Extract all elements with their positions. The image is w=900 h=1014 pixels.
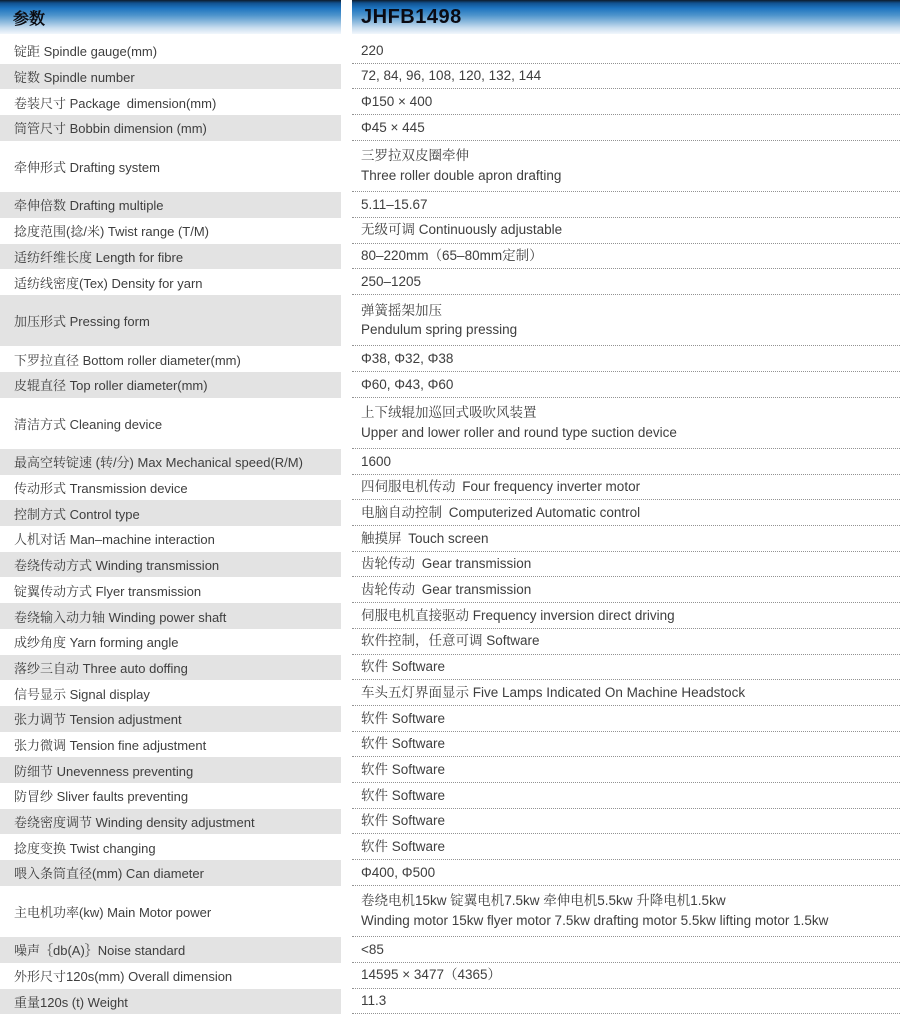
value-line-1: 卷绕电机15kw 锭翼电机7.5kw 牵伸电机5.5kw 升降电机1.5kw [361,891,896,911]
column-gap [341,732,352,758]
table-row: 最高空转锭速 (转/分) Max Mechanical speed(R/M) 1… [0,449,900,475]
column-gap [341,115,352,141]
value-line-1: 三罗拉双皮圈牵伸 [361,146,896,166]
table-row: 防冒纱 Sliver faults preventing 软件 Software [0,783,900,809]
value-line-1: 四伺服电机传动 Four frequency inverter motor [361,477,896,497]
param-label: 传动形式 Transmission device [0,475,341,501]
column-gap [341,757,352,783]
value-line-2: Three roller double apron drafting [361,166,896,186]
param-label: 防冒纱 Sliver faults preventing [0,783,341,809]
param-value: 250–1205 [352,269,900,295]
param-label: 锭数 Spindle number [0,64,341,90]
table-body: 锭距 Spindle gauge(mm) 220 锭数 Spindle numb… [0,38,900,1014]
param-label: 适纺纤维长度 Length for fibre [0,244,341,270]
column-gap [341,64,352,90]
value-line-1: 无级可调 Continuously adjustable [361,220,896,240]
table-row: 人机对话 Man–machine interaction 触摸屏 Touch s… [0,526,900,552]
param-label: 外形尺寸120s(mm) Overall dimension [0,963,341,989]
param-label: 锭翼传动方式 Flyer transmission [0,577,341,603]
param-label: 信号显示 Signal display [0,680,341,706]
value-line-1: 软件 Software [361,657,896,677]
param-label: 牵伸倍数 Drafting multiple [0,192,341,218]
param-value: 72, 84, 96, 108, 120, 132, 144 [352,64,900,90]
param-value: Φ60, Φ43, Φ60 [352,372,900,398]
param-label: 人机对话 Man–machine interaction [0,526,341,552]
table-row: 锭距 Spindle gauge(mm) 220 [0,38,900,64]
param-label: 重量120s (t) Weight [0,989,341,1014]
param-label: 捻度范围(捻/米) Twist range (T/M) [0,218,341,244]
value-line-1: 1600 [361,452,896,472]
param-value: 1600 [352,449,900,475]
table-row: 牵伸形式 Drafting system 三罗拉双皮圈牵伸 Three roll… [0,141,900,192]
param-header-label: 参数 [13,6,45,29]
column-gap [341,526,352,552]
table-row: 适纺线密度(Tex) Density for yarn 250–1205 [0,269,900,295]
column-gap [341,963,352,989]
param-value: 上下绒辊加巡回式吸吹风装置 Upper and lower roller and… [352,398,900,449]
column-gap [341,629,352,655]
param-value: 软件 Software [352,732,900,758]
value-line-2: Winding motor 15kw flyer motor 7.5kw dra… [361,911,896,931]
value-line-1: Φ60, Φ43, Φ60 [361,375,896,395]
param-value: 伺服电机直接驱动 Frequency inversion direct driv… [352,603,900,629]
value-line-1: 软件 Software [361,786,896,806]
param-label: 筒管尺寸 Bobbin dimension (mm) [0,115,341,141]
param-value: 软件 Software [352,757,900,783]
param-value: 卷绕电机15kw 锭翼电机7.5kw 牵伸电机5.5kw 升降电机1.5kw W… [352,886,900,937]
value-line-1: 220 [361,41,896,61]
table-row: 捻度变换 Twist changing 软件 Software [0,834,900,860]
value-line-1: 上下绒辊加巡回式吸吹风装置 [361,403,896,423]
param-value: 软件控制，任意可调 Software [352,629,900,655]
column-gap [341,269,352,295]
column-gap [341,244,352,270]
table-row: 卷绕传动方式 Winding transmission 齿轮传动 Gear tr… [0,552,900,578]
param-label: 锭距 Spindle gauge(mm) [0,38,341,64]
value-line-1: 软件 Software [361,811,896,831]
param-value: 软件 Software [352,655,900,681]
param-label: 主电机功率(kw) Main Motor power [0,886,341,937]
param-label: 卷装尺寸 Package dimension(mm) [0,89,341,115]
table-row: 成纱角度 Yarn forming angle 软件控制，任意可调 Softwa… [0,629,900,655]
value-line-1: 14595 × 3477（4365） [361,965,896,985]
value-line-1: 软件 Software [361,760,896,780]
table-row: 张力微调 Tension fine adjustment 软件 Software [0,732,900,758]
param-label: 控制方式 Control type [0,500,341,526]
table-row: 筒管尺寸 Bobbin dimension (mm) Φ45 × 445 [0,115,900,141]
column-gap [341,860,352,886]
model-header-label: JHFB1498 [361,6,462,29]
column-gap [341,295,352,346]
param-label: 下罗拉直径 Bottom roller diameter(mm) [0,346,341,372]
column-gap [341,783,352,809]
spec-table: 参数 JHFB1498 锭距 Spindle gauge(mm) 220 锭数 … [0,0,900,1014]
value-line-1: Φ150 × 400 [361,92,896,112]
param-value: <85 [352,937,900,963]
param-value: 5.11–15.67 [352,192,900,218]
param-value: Φ400, Φ500 [352,860,900,886]
param-value: 齿轮传动 Gear transmission [352,577,900,603]
value-line-1: 80–220mm（65–80mm定制） [361,246,896,266]
table-row: 卷绕密度调节 Winding density adjustment 软件 Sof… [0,809,900,835]
param-label: 牵伸形式 Drafting system [0,141,341,192]
column-gap [341,372,352,398]
column-gap [341,706,352,732]
value-line-1: 齿轮传动 Gear transmission [361,580,896,600]
param-label: 皮辊直径 Top roller diameter(mm) [0,372,341,398]
param-value: 14595 × 3477（4365） [352,963,900,989]
column-gap [341,552,352,578]
param-value: 齿轮传动 Gear transmission [352,552,900,578]
value-line-1: Φ400, Φ500 [361,863,896,883]
param-label: 张力调节 Tension adjustment [0,706,341,732]
value-line-1: 电脑自动控制 Computerized Automatic control [361,503,896,523]
table-row: 信号显示 Signal display 车头五灯界面显示 Five Lamps … [0,680,900,706]
table-row: 捻度范围(捻/米) Twist range (T/M) 无级可调 Continu… [0,218,900,244]
param-value: 三罗拉双皮圈牵伸 Three roller double apron draft… [352,141,900,192]
param-label: 卷绕输入动力轴 Winding power shaft [0,603,341,629]
column-gap [341,38,352,64]
param-label: 噪声｛db(A)｝Noise standard [0,937,341,963]
value-line-1: Φ45 × 445 [361,118,896,138]
value-line-2: Upper and lower roller and round type su… [361,423,896,443]
table-row: 外形尺寸120s(mm) Overall dimension 14595 × 3… [0,963,900,989]
table-row: 卷绕输入动力轴 Winding power shaft 伺服电机直接驱动 Fre… [0,603,900,629]
column-gap [341,89,352,115]
value-line-1: 250–1205 [361,272,896,292]
column-gap [341,346,352,372]
param-value: 220 [352,38,900,64]
value-line-1: 11.3 [361,991,896,1011]
param-value: 车头五灯界面显示 Five Lamps Indicated On Machine… [352,680,900,706]
column-gap [341,680,352,706]
table-row: 落纱三自动 Three auto doffing 软件 Software [0,655,900,681]
column-gap [341,655,352,681]
value-line-1: 软件 Software [361,709,896,729]
value-line-1: 软件 Software [361,837,896,857]
table-row: 张力调节 Tension adjustment 软件 Software [0,706,900,732]
table-row: 清洁方式 Cleaning device 上下绒辊加巡回式吸吹风装置 Upper… [0,398,900,449]
value-line-1: 弹簧摇架加压 [361,301,896,321]
param-label: 落纱三自动 Three auto doffing [0,655,341,681]
table-row: 加压形式 Pressing form 弹簧摇架加压 Pendulum sprin… [0,295,900,346]
param-header-cell: 参数 [0,0,341,34]
param-label: 捻度变换 Twist changing [0,834,341,860]
param-value: 软件 Software [352,706,900,732]
param-label: 防细节 Unevenness preventing [0,757,341,783]
table-row: 锭数 Spindle number 72, 84, 96, 108, 120, … [0,64,900,90]
column-gap [341,398,352,449]
column-gap [341,989,352,1014]
param-label: 喂入条筒直径(mm) Can diameter [0,860,341,886]
param-value: 11.3 [352,989,900,1014]
table-row: 皮辊直径 Top roller diameter(mm) Φ60, Φ43, Φ… [0,372,900,398]
table-row: 喂入条筒直径(mm) Can diameter Φ400, Φ500 [0,860,900,886]
value-line-2: Pendulum spring pressing [361,320,896,340]
param-label: 卷绕传动方式 Winding transmission [0,552,341,578]
param-label: 张力微调 Tension fine adjustment [0,732,341,758]
table-row: 控制方式 Control type 电脑自动控制 Computerized Au… [0,500,900,526]
param-label: 清洁方式 Cleaning device [0,398,341,449]
param-value: Φ150 × 400 [352,89,900,115]
value-line-1: 触摸屏 Touch screen [361,529,896,549]
param-value: 软件 Software [352,783,900,809]
column-gap [341,218,352,244]
value-line-1: 软件控制，任意可调 Software [361,631,896,651]
table-row: 牵伸倍数 Drafting multiple 5.11–15.67 [0,192,900,218]
column-gap [341,192,352,218]
param-value: 触摸屏 Touch screen [352,526,900,552]
value-line-1: 5.11–15.67 [361,195,896,215]
param-label: 最高空转锭速 (转/分) Max Mechanical speed(R/M) [0,449,341,475]
param-value: 电脑自动控制 Computerized Automatic control [352,500,900,526]
table-row: 卷装尺寸 Package dimension(mm) Φ150 × 400 [0,89,900,115]
column-gap [341,475,352,501]
param-value: 软件 Software [352,809,900,835]
value-line-1: 72, 84, 96, 108, 120, 132, 144 [361,66,896,86]
column-gap [341,937,352,963]
table-row: 重量120s (t) Weight 11.3 [0,989,900,1014]
param-value: 弹簧摇架加压 Pendulum spring pressing [352,295,900,346]
column-gap [341,834,352,860]
table-row: 防细节 Unevenness preventing 软件 Software [0,757,900,783]
param-value: 无级可调 Continuously adjustable [352,218,900,244]
table-row: 噪声｛db(A)｝Noise standard <85 [0,937,900,963]
param-value: 80–220mm（65–80mm定制） [352,244,900,270]
param-value: Φ38, Φ32, Φ38 [352,346,900,372]
param-label: 成纱角度 Yarn forming angle [0,629,341,655]
table-row: 锭翼传动方式 Flyer transmission 齿轮传动 Gear tran… [0,577,900,603]
column-gap [341,886,352,937]
column-gap [341,809,352,835]
value-line-1: <85 [361,940,896,960]
table-row: 主电机功率(kw) Main Motor power 卷绕电机15kw 锭翼电机… [0,886,900,937]
column-gap [341,500,352,526]
param-value: 四伺服电机传动 Four frequency inverter motor [352,475,900,501]
param-label: 加压形式 Pressing form [0,295,341,346]
param-value: 软件 Software [352,834,900,860]
value-line-1: 伺服电机直接驱动 Frequency inversion direct driv… [361,606,896,626]
column-gap [341,449,352,475]
param-label: 适纺线密度(Tex) Density for yarn [0,269,341,295]
header-column-gap [341,0,352,34]
value-line-1: 齿轮传动 Gear transmission [361,554,896,574]
model-header-cell: JHFB1498 [352,0,900,34]
value-line-1: 软件 Software [361,734,896,754]
table-row: 传动形式 Transmission device 四伺服电机传动 Four fr… [0,475,900,501]
table-row: 下罗拉直径 Bottom roller diameter(mm) Φ38, Φ3… [0,346,900,372]
value-line-1: Φ38, Φ32, Φ38 [361,349,896,369]
column-gap [341,141,352,192]
column-gap [341,577,352,603]
table-header: 参数 JHFB1498 [0,0,900,34]
param-value: Φ45 × 445 [352,115,900,141]
table-row: 适纺纤维长度 Length for fibre 80–220mm（65–80mm… [0,244,900,270]
value-line-1: 车头五灯界面显示 Five Lamps Indicated On Machine… [361,683,896,703]
column-gap [341,603,352,629]
param-label: 卷绕密度调节 Winding density adjustment [0,809,341,835]
